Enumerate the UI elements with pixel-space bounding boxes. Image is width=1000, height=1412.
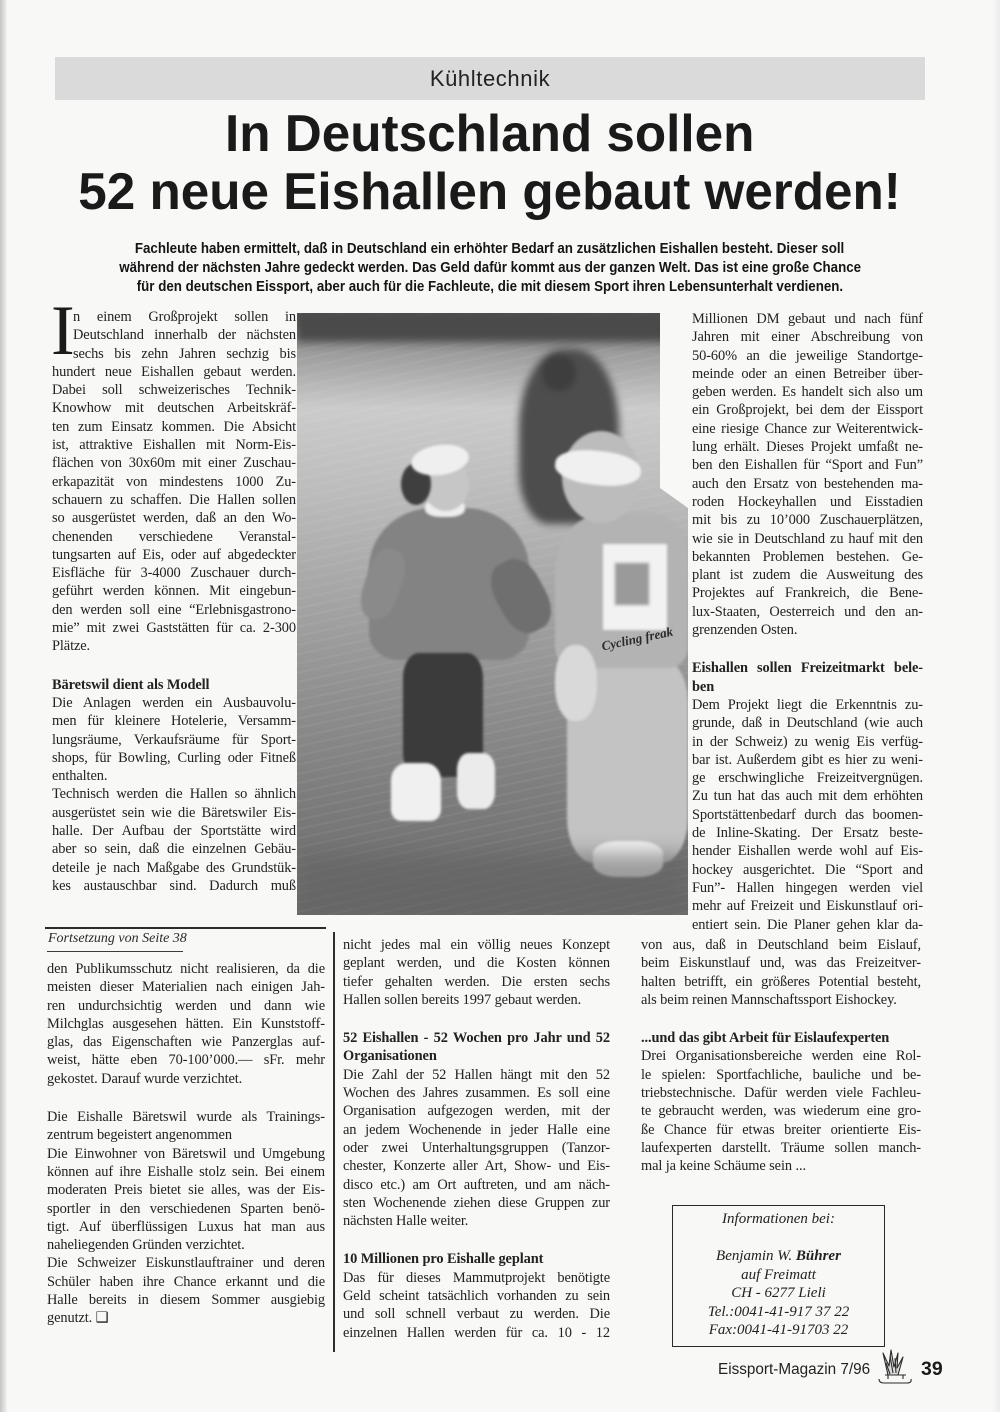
paragraph: n einem Großprojekt sollen inDeutschland… xyxy=(52,308,296,656)
subheading: ...und das gibt Arbeit für Eislaufexpert… xyxy=(641,1029,921,1047)
text-line: bekannten Problemen bestehen. Ge- xyxy=(692,548,923,566)
text-line: tungsarten auf Eis, oder auf abgedeckter xyxy=(52,546,296,564)
section-label: Kühltechnik xyxy=(430,66,550,91)
paragraph: Dem Projekt liegt die Erkenntnis zu-grun… xyxy=(692,696,923,934)
info-last-name: Bührer xyxy=(796,1248,841,1264)
subheading: 10 Millionen pro Eishalle geplant xyxy=(343,1250,610,1268)
text-line: 10 Millionen pro Eishalle geplant xyxy=(343,1250,610,1268)
paragraph: den Publikumsschutz nicht realisieren, d… xyxy=(47,960,325,1088)
column-divider-rule xyxy=(333,932,335,1352)
text-line: als beim reinen Mannschaftssport Eishock… xyxy=(641,991,921,1009)
paragraph: Millionen DM gebaut und nach fünfJahren … xyxy=(692,310,923,639)
scan-edge-shadow xyxy=(0,0,7,1412)
text-line: Wochen des Jahres zusammen. Es soll eine xyxy=(343,1084,610,1102)
info-contact-name: Benjamin W. Bührer xyxy=(673,1247,884,1266)
text-line: enthalten. xyxy=(52,767,296,785)
column-top-right: Millionen DM gebaut und nach fünfJahren … xyxy=(692,310,923,934)
text-line: ge erschwingliche Freizeitvergnügen. xyxy=(692,769,923,787)
text-line: chester, Konzerte aller Art, Show- und E… xyxy=(343,1157,610,1175)
text-line: können auf ihre Eishalle stolz sein. Bei… xyxy=(47,1163,325,1181)
text-line: eine riesige Chance zur Weiterentwick- xyxy=(692,420,923,438)
text-line: wie sie in Deutschland zu hauf mit den xyxy=(692,530,923,548)
text-line: ist, attraktive Eishallen mit Norm-Eis- xyxy=(52,436,296,454)
paragraph: Das für dieses Mammutprojekt benötigteGe… xyxy=(343,1269,610,1342)
text-line: gekostet. Darauf wurde verzichtet. xyxy=(47,1070,325,1088)
text-line: hundert neue Eishallen gebaut werden. xyxy=(52,363,296,381)
text-line: Geld scheint tatsächlich vorhanden zu se… xyxy=(343,1287,610,1305)
headline-line-1: In Deutschland sollen xyxy=(40,105,940,163)
page-number: 39 xyxy=(921,1358,943,1380)
column-bottom-middle: nicht jedes mal ein völlig neues Konzept… xyxy=(343,936,610,1342)
text-line: de Inline-Skating. Der Ersatz beste- xyxy=(692,824,923,842)
text-line: Halle bereits in diesem Sommer ausgiebig xyxy=(47,1291,325,1309)
text-line: Die Schweizer Eiskunstlauftrainer und de… xyxy=(47,1254,325,1272)
text-line: sten Wochenende ziehen diese Gruppen zur xyxy=(343,1194,610,1212)
photo-ice-shadow xyxy=(297,853,688,915)
paragraph: nicht jedes mal ein völlig neues Konzept… xyxy=(343,936,610,1009)
winged-skate-logo-icon xyxy=(876,1348,914,1384)
text-line: roden Hockeyhallen und Eisstadien xyxy=(692,493,923,511)
text-line: Milchglas ausgesehen hätten. Ein Kunstst… xyxy=(47,1015,325,1033)
text-line: den werden soll eine “Erlebnisgastrono- xyxy=(52,601,296,619)
text-line: Knowhow mit deutschen Arbeitskräf- xyxy=(52,399,296,417)
text-line: Plätze. xyxy=(52,637,296,655)
text-line: Eisfläche für 3-4000 Zuschauer durch- xyxy=(52,564,296,582)
text-line: Bäretswil dient als Modell xyxy=(52,676,296,694)
paragraph: Die Einwohner von Bäretswil und Umgebung… xyxy=(47,1145,325,1255)
headline: In Deutschland sollen 52 neue Eishallen … xyxy=(40,105,940,221)
text-line: meinde oder an einen Betreiber über- xyxy=(692,365,923,383)
text-line: zentrum begeistert angenommen xyxy=(47,1126,325,1144)
text-line: grenzenden Osten. xyxy=(692,621,923,639)
photo-child-right-mitten xyxy=(555,645,597,721)
text-line: triebstechnische. Dafür werden viele Fac… xyxy=(641,1084,921,1102)
text-line: sechs bis zehn Jahren sechzig bis xyxy=(52,345,296,363)
text-line: Organisation aufgezogen werden, mit der xyxy=(343,1102,610,1120)
text-line: le spielen: Sportfachliche, bauliche und… xyxy=(641,1066,921,1084)
text-line: geführt werden können. Mit eingebun- xyxy=(52,582,296,600)
text-line: Zu tun hat das auch mit dem erhöhten xyxy=(692,787,923,805)
headline-line-2: 52 neue Eishallen gebaut werden! xyxy=(40,163,940,221)
text-line: bar ist. Außerdem gibt es hier zu weni- xyxy=(692,751,923,769)
text-line: ten zum Einsatz kommen. Die Absicht xyxy=(52,418,296,436)
text-line: entiert sein. Die Planer gehen klar da- xyxy=(692,916,923,934)
info-address-line1: auf Freimatt xyxy=(673,1266,884,1285)
text-line: Dabei soll schweizerisches Technik- xyxy=(52,381,296,399)
info-heading: Informationen bei: xyxy=(673,1210,884,1229)
lead-text: Fachleute haben ermittelt, daß in Deutsc… xyxy=(135,240,844,259)
text-line: deteile je nach Maßgabe des Grundstük- xyxy=(52,859,296,877)
text-line: nächsten Halle weiter. xyxy=(343,1212,610,1230)
text-line: laufexperten darstellt. Träume sollen ma… xyxy=(641,1139,921,1157)
text-line: Die Eishalle Bäretswil wurde als Trainin… xyxy=(47,1108,325,1126)
text-line: geplant werden, und die Kosten können xyxy=(343,954,610,972)
paragraph: Die Anlagen werden ein Ausbauvolu-men fü… xyxy=(52,694,296,785)
photo-children-ice-skating: Cycling freak xyxy=(297,313,688,915)
text-line: meisten dieser Materialien nach einigen … xyxy=(47,978,325,996)
text-line: Das für dieses Mammutprojekt benötigte xyxy=(343,1269,610,1287)
text-line: Fun”- Hallen hingegen werden viel xyxy=(692,879,923,897)
text-line: weist, hätte eben 70-100’000.— sFr. mehr xyxy=(47,1051,325,1069)
info-telephone: Tel.:0041-41-917 37 22 xyxy=(673,1303,884,1322)
text-line: Deutschland innerhalb der nächsten xyxy=(52,326,296,344)
text-line: 50-60% an die jeweilige Standortge- xyxy=(692,347,923,365)
lead-text: für den deutschen Eissport, aber auch fü… xyxy=(137,278,843,297)
paragraph: Die Schweizer Eiskunstlauftrainer und de… xyxy=(47,1254,325,1327)
text-line: so ausgerüstet werden, daß an den Wo- xyxy=(52,509,296,527)
text-line: chenenden verschiedene Veranstal- xyxy=(52,528,296,546)
text-line: ausgerüstet sein wie die Bäretswiler Eis… xyxy=(52,804,296,822)
text-line: Drei Organisationsbereiche werden eine R… xyxy=(641,1047,921,1065)
photo-child-left-skate-1 xyxy=(391,763,441,821)
text-line: te gebraucht werden, was wiederum eine g… xyxy=(641,1102,921,1120)
photo-top-band xyxy=(297,313,688,341)
text-line: men für kleinere Hotelerie, Versamm- xyxy=(52,712,296,730)
text-line: Millionen DM gebaut und nach fünf xyxy=(692,310,923,328)
text-line: mehr auf Freizeit und Eiskunstlauf ori- xyxy=(692,897,923,915)
info-first-name: Benjamin W. xyxy=(716,1248,792,1264)
text-line: Die Zahl der 52 Hallen hängt mit den 52 xyxy=(343,1066,610,1084)
text-line: Hallen sollen bereits 1997 gebaut werden… xyxy=(343,991,610,1009)
headline-text: In Deutschland sollen xyxy=(225,105,754,163)
continuation-label-rule xyxy=(47,951,183,952)
text-line: moderaten Preis bietet sie alles, was de… xyxy=(47,1181,325,1199)
text-line: flächen von 30x60m mit einer Zuschau- xyxy=(52,454,296,472)
text-line: auch den Ersatz von bestehenden ma- xyxy=(692,475,923,493)
column-top-left: n einem Großprojekt sollen inDeutschland… xyxy=(52,308,296,895)
text-line: naheliegenden Gründen verzichtet. xyxy=(47,1236,325,1254)
text-line: genutzt. ❑ xyxy=(47,1309,325,1327)
text-line: halle. Der Aufbau der Sportstätte wird xyxy=(52,822,296,840)
text-line: Schüler haben ihre Chance erkannt und di… xyxy=(47,1273,325,1291)
text-line: Sportstättenbedarf durch das boomen- xyxy=(692,806,923,824)
info-fax: Fax:0041-41-91703 22 xyxy=(673,1321,884,1340)
text-line: Dem Projekt liegt die Erkenntnis zu- xyxy=(692,696,923,714)
photo-child-left-skate-2 xyxy=(457,753,495,809)
text-line: Die Anlagen werden ein Ausbauvolu- xyxy=(52,694,296,712)
text-line: nicht jedes mal ein völlig neues Konzept xyxy=(343,936,610,954)
paragraph: von aus, daß in Deutschland beim Eislauf… xyxy=(641,936,921,1009)
text-line: n einem Großprojekt sollen in xyxy=(52,308,296,326)
section-header-bar: Kühltechnik xyxy=(55,57,925,100)
text-line: Jahren mit einer Abschreibung von xyxy=(692,328,923,346)
text-line: halten betrifft, ein größeres Potential … xyxy=(641,973,921,991)
info-box: Informationen bei: Benjamin W. Bührer au… xyxy=(672,1205,885,1347)
column-continuation: den Publikumsschutz nicht realisieren, d… xyxy=(47,960,325,1328)
info-address-line2: CH - 6277 Lieli xyxy=(673,1284,884,1303)
text-line: ein Großprojekt, bei dem der Eissport xyxy=(692,401,923,419)
text-line: 52 Eishallen - 52 Wochen pro Jahr und 52 xyxy=(343,1029,610,1047)
text-line: ben den Eishallen für “Sport and Fun” xyxy=(692,456,923,474)
text-line: und soll schnell verbaut zu werden. Die xyxy=(343,1305,610,1323)
paragraph: Drei Organisationsbereiche werden eine R… xyxy=(641,1047,921,1175)
text-line: lungsräume, Verkaufsräume für Sport- xyxy=(52,731,296,749)
column-bottom-right: von aus, daß in Deutschland beim Eislauf… xyxy=(641,936,921,1176)
text-line: beim Eiskunstlauf und, was das Freizeitv… xyxy=(641,954,921,972)
text-line: hender Eishallen werde wohl auf Eis- xyxy=(692,842,923,860)
lead-text: während der nächsten Jahre gedeckt werde… xyxy=(119,259,861,278)
text-line: ...und das gibt Arbeit für Eislaufexpert… xyxy=(641,1029,921,1047)
paragraph: Die Eishalle Bäretswil wurde als Trainin… xyxy=(47,1108,325,1145)
subheading: Bäretswil dient als Modell xyxy=(52,676,296,694)
text-line: Eishallen sollen Freizeitmarkt bele- xyxy=(692,659,923,677)
text-line: tiefer gehalten werden. Die ersten sechs xyxy=(343,973,610,991)
text-line: mie” mit zwei Gaststätten für ca. 2-300 xyxy=(52,619,296,637)
text-line: ren undurchsichtig werden und dann wie xyxy=(47,997,325,1015)
text-line: erkapazität von mindestens 1000 Zu- xyxy=(52,473,296,491)
continuation-top-rule xyxy=(45,927,326,929)
text-line: lung erhält. Dieses Projekt umfaßt ne- xyxy=(692,438,923,456)
lead-paragraph: Fachleute haben ermittelt, daß in Deutsc… xyxy=(40,240,940,297)
subheading: 52 Eishallen - 52 Wochen pro Jahr und 52… xyxy=(343,1029,610,1066)
text-line: aber so sein, daß die einzelnen Gebäu- xyxy=(52,840,296,858)
lead-line: für den deutschen Eissport, aber auch fü… xyxy=(40,278,940,297)
text-line: shops, für Bowling, Curling oder Fitneß xyxy=(52,749,296,767)
text-line: tigt. Auf überflüssigen Luxus hat man au… xyxy=(47,1218,325,1236)
text-line: Organisationen xyxy=(343,1047,610,1065)
text-line: mal ja keine Schäume sein ... xyxy=(641,1157,921,1175)
text-line: von aus, daß in Deutschland beim Eislauf… xyxy=(641,936,921,954)
paragraph: Technisch werden die Hallen so ähnlichau… xyxy=(52,785,296,895)
paragraph: Die Zahl der 52 Hallen hängt mit den 52W… xyxy=(343,1066,610,1231)
photo-background-skater-head xyxy=(542,355,576,391)
magazine-page: Kühltechnik In Deutschland sollen 52 neu… xyxy=(0,0,1000,1412)
text-line: ße Chance für etwas breiter orientierte … xyxy=(641,1121,921,1139)
continuation-label: Fortsetzung von Seite 38 xyxy=(48,930,187,948)
text-line: glas, das Eigenschaften wie Panzerglas a… xyxy=(47,1033,325,1051)
lead-line: Fachleute haben ermittelt, daß in Deutsc… xyxy=(40,240,940,259)
text-line: disco etc.) am Ort auftreten, und am näc… xyxy=(343,1176,610,1194)
subheading: Eishallen sollen Freizeitmarkt bele-ben xyxy=(692,659,923,696)
text-line: Die Einwohner von Bäretswil und Umgebung xyxy=(47,1145,325,1163)
text-line: plant ist zudem die Ausweitung des xyxy=(692,566,923,584)
text-line: hockey ausgerichtet. Die “Sport and xyxy=(692,861,923,879)
text-line: einzelnen Hallen werden für ca. 10 - 12 xyxy=(343,1324,610,1342)
text-line: geben werden. Es handelt sich also um xyxy=(692,383,923,401)
scan-edge-shadow-right xyxy=(992,0,1000,1412)
text-line: kes austauschbar sind. Dadurch muß xyxy=(52,877,296,895)
text-line: schauern zu schaffen. Die Hallen sollen xyxy=(52,491,296,509)
text-line: mit bis zu 10’000 Zuschauerplätzen, xyxy=(692,511,923,529)
text-line: sportler in den verschiedenen Sparten be… xyxy=(47,1200,325,1218)
text-line: Technisch werden die Hallen so ähnlich xyxy=(52,785,296,803)
text-line: den Publikumsschutz nicht realisieren, d… xyxy=(47,960,325,978)
text-line: in der Schweiz) zu wenig Eis verfüg- xyxy=(692,733,923,751)
text-line: ben xyxy=(692,678,923,696)
headline-text: 52 neue Eishallen gebaut werden! xyxy=(79,163,902,221)
lead-line: während der nächsten Jahre gedeckt werde… xyxy=(40,259,940,278)
text-line: Projektes auf Frankreich, die Bene- xyxy=(692,584,923,602)
photo-child-right-patch-image xyxy=(615,563,649,605)
text-line: oder zwei Unterhaltungsgruppen (Tanzor- xyxy=(343,1139,610,1157)
text-line: an jedem Wochenende in jeder Halle eine xyxy=(343,1121,610,1139)
info-spacer xyxy=(673,1229,884,1248)
footer-publication: Eissport-Magazin 7/96 xyxy=(718,1360,870,1380)
text-line: lux-Staaten, Oesterreich und den an- xyxy=(692,603,923,621)
text-line: grunde, daß in Deutschland (wie auch xyxy=(692,714,923,732)
